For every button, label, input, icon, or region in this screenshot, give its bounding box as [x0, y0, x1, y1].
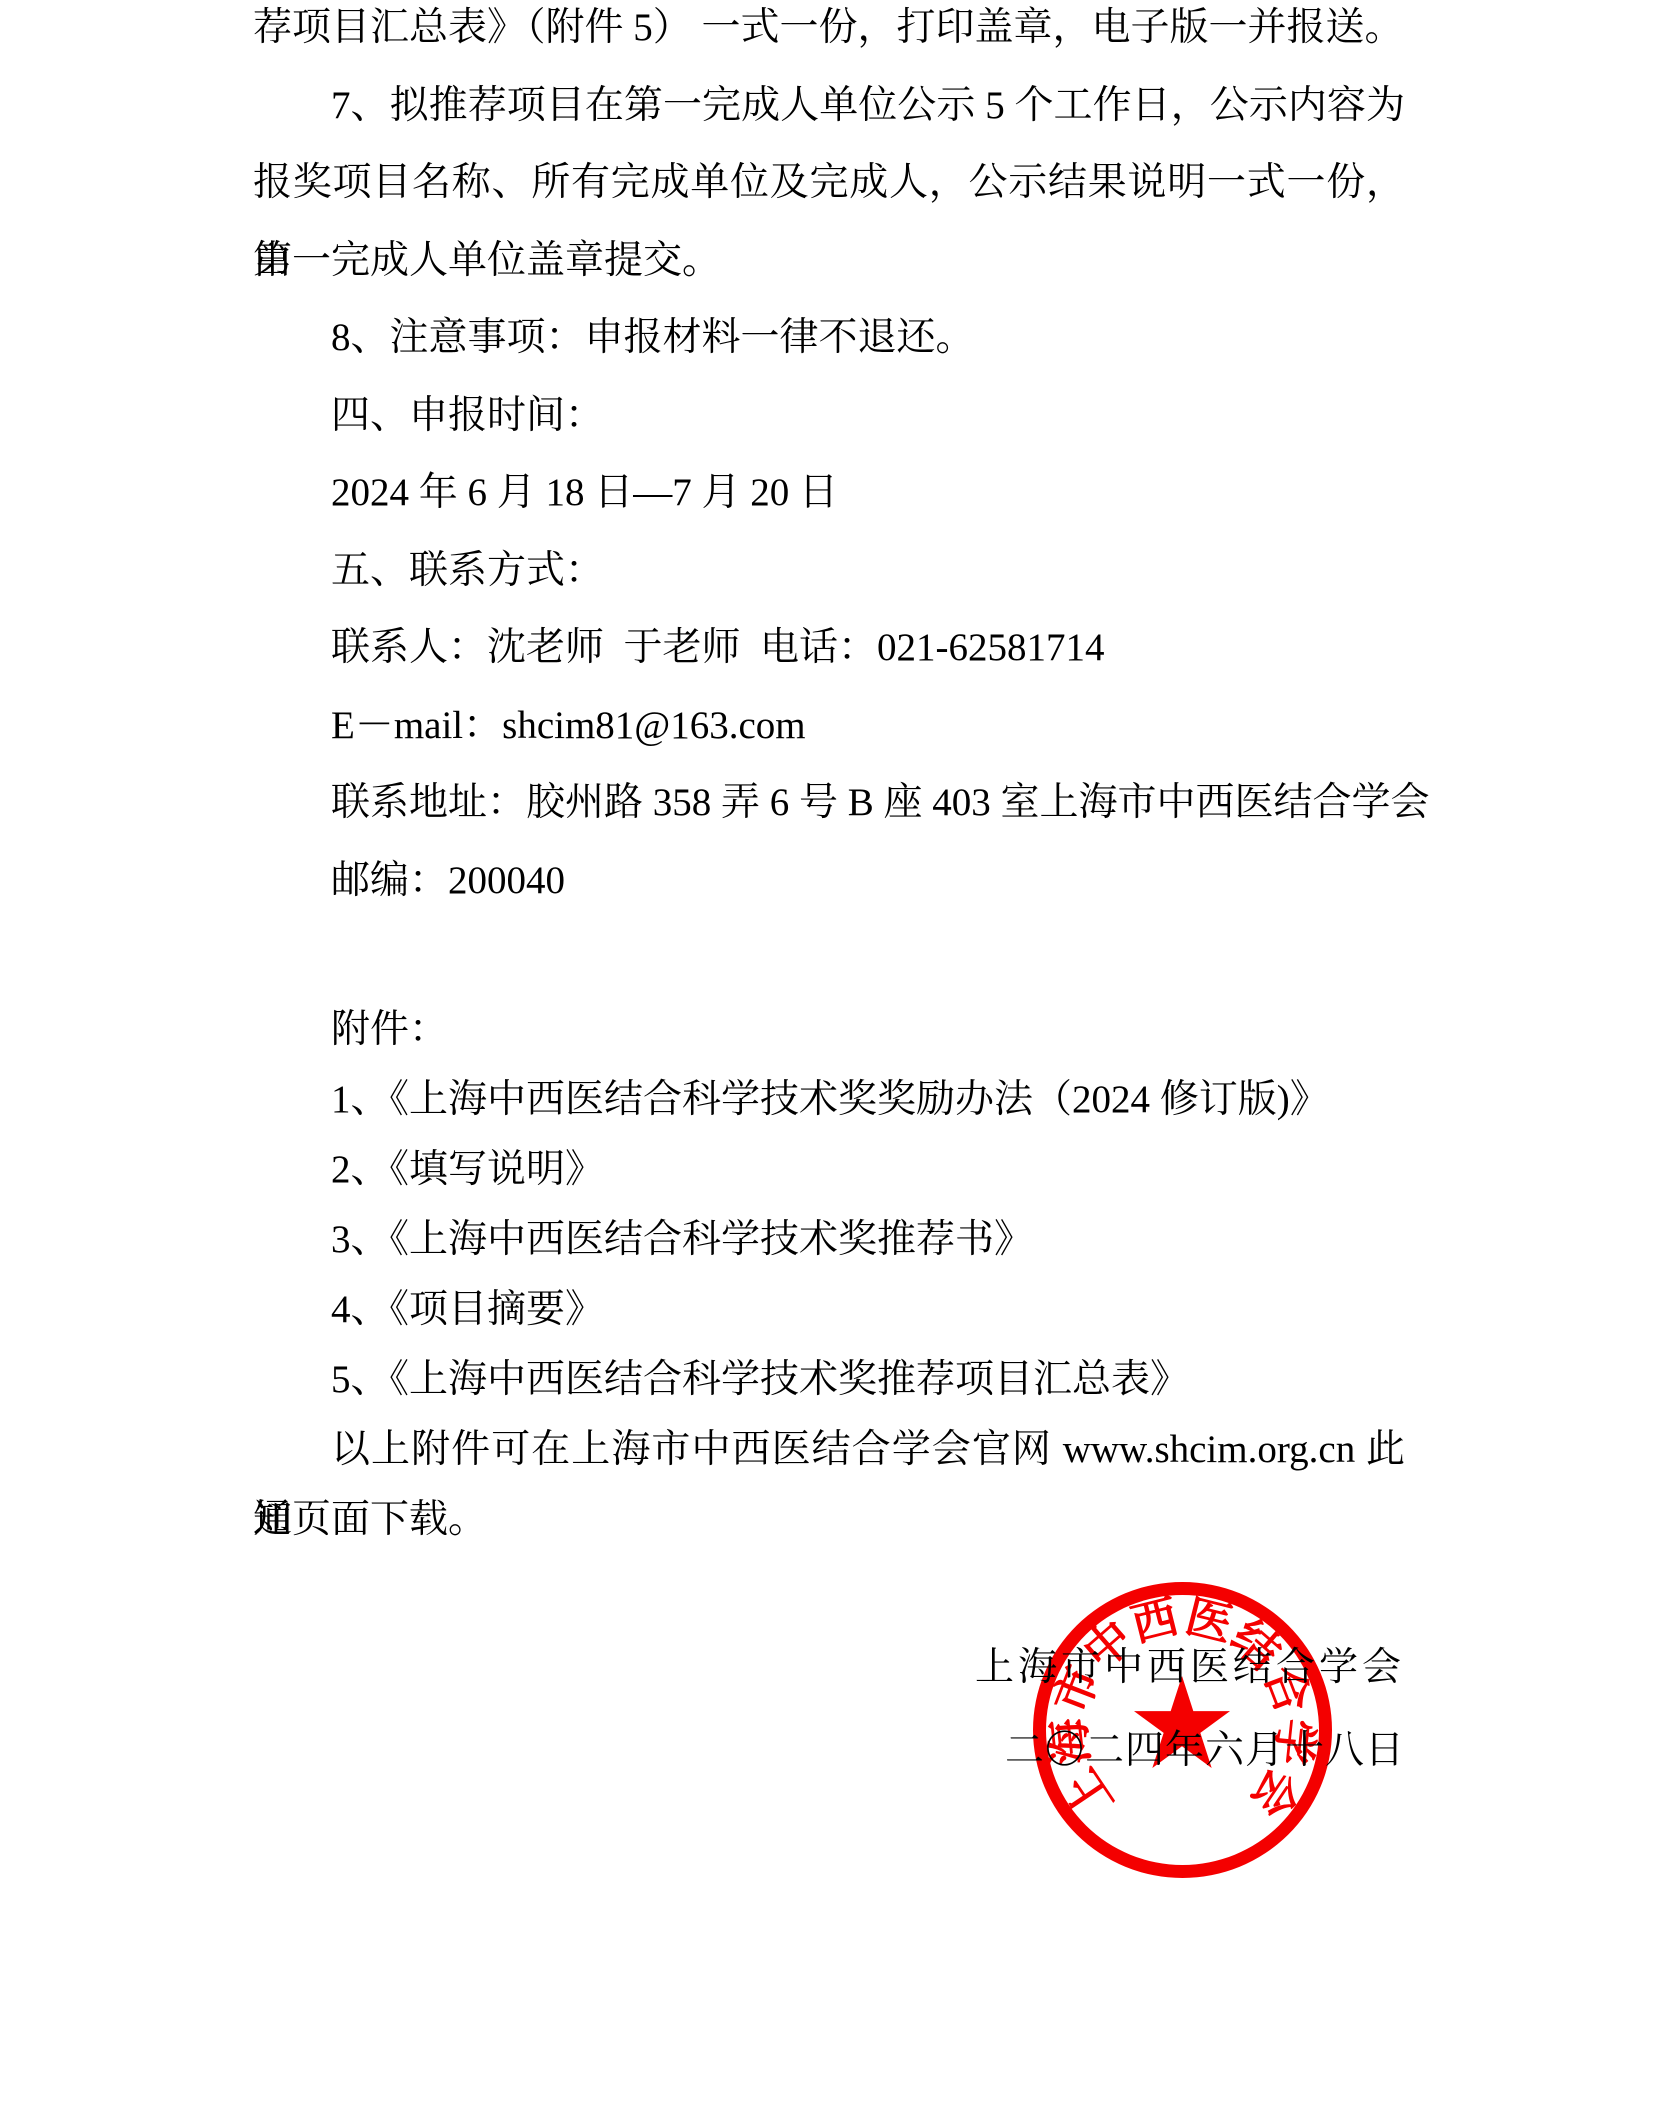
download-note-line: 知页面下载。: [253, 1485, 1405, 1555]
attachment-item: 2、《填写说明》: [253, 1135, 1405, 1205]
blank-line: [253, 1555, 1405, 1629]
text-line: 荐项目汇总表》（附件 5） 一式一份，打印盖章，电子版一并报送。: [253, 0, 1405, 67]
contact-postcode: 邮编：200040: [253, 842, 1405, 920]
blank-line: [253, 919, 1405, 995]
attachment-item: 1、《上海中西医结合科学技术奖奖励办法（2024 修订版)》: [253, 1065, 1405, 1135]
text-line: 报奖项目名称、所有完成单位及完成人，公示结果说明一式一份，由: [253, 144, 1405, 222]
signature-organization: 上海市中西医结合学会: [253, 1629, 1405, 1706]
attachment-item: 3、《上海中西医结合科学技术奖推荐书》: [253, 1205, 1405, 1275]
text-line: 第一完成人单位盖章提交。: [253, 222, 1405, 300]
download-note-line: 以上附件可在上海市中西医结合学会官网 www.shcim.org.cn 此通: [253, 1415, 1405, 1485]
attachment-item: 5、《上海中西医结合科学技术奖推荐项目汇总表》: [253, 1345, 1405, 1415]
contact-person-and-phone: 联系人：沈老师 于老师 电话：021-62581714: [253, 609, 1405, 687]
text-line: 7、拟推荐项目在第一完成人单位公示 5 个工作日，公示内容为: [253, 67, 1405, 145]
attachments-label: 附件：: [253, 995, 1405, 1065]
signature-date: 二〇二四年六月十八日: [253, 1712, 1405, 1789]
contact-address: 联系地址：胶州路 358 弄 6 号 B 座 403 室上海市中西医结合学会: [253, 764, 1405, 842]
text-line: 8、注意事项：申报材料一律不退还。: [253, 299, 1405, 377]
application-period: 2024 年 6 月 18 日—7 月 20 日: [253, 454, 1405, 532]
notice-body: 荐项目汇总表》（附件 5） 一式一份，打印盖章，电子版一并报送。 7、拟推荐项目…: [253, 0, 1405, 1789]
notice-document-page: 荐项目汇总表》（附件 5） 一式一份，打印盖章，电子版一并报送。 7、拟推荐项目…: [0, 0, 1653, 2123]
contact-email: E－mail：shcim81@163.com: [253, 687, 1405, 765]
section-heading-contact: 五、联系方式：: [253, 532, 1405, 610]
section-heading-application-time: 四、申报时间：: [253, 377, 1405, 455]
attachment-item: 4、《项目摘要》: [253, 1275, 1405, 1345]
